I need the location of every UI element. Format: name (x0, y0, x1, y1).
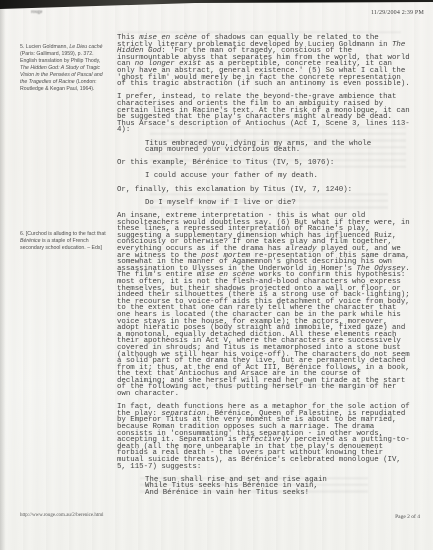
print-header-title: rouge (31, 10, 42, 15)
verse-quote: The sun shall rise and set and rise agai… (117, 477, 419, 497)
print-header-datetime: 11/29/2004 2:39 PM (371, 10, 424, 16)
verse-quote: I could accuse your father of my death. (117, 173, 419, 180)
verse-quote: Do I myself know if I live or die? (117, 200, 419, 207)
paper: rouge 11/29/2004 2:39 PM 5. Lucien Goldm… (0, 0, 433, 550)
paragraph: Or this example, Bérénice to Titus (IV, … (117, 160, 419, 167)
paragraph: In fact, death functions here as a metap… (117, 404, 419, 470)
footer-page-number: Page 2 of 4 (395, 514, 420, 520)
paragraph: Or, finally, this exclamation by Titus (… (117, 187, 419, 194)
scanned-page: rouge 11/29/2004 2:39 PM 5. Lucien Goldm… (0, 0, 433, 550)
footnote-5: 5. Lucien Goldmann, Le Dieu caché (Paris… (20, 44, 120, 93)
paragraph: This mise en scène of shadows can equall… (117, 35, 419, 88)
verse-quote: Titus embraced you, dying in my arms, an… (117, 141, 419, 154)
paragraph: An insane, extreme interpretation - this… (117, 213, 419, 398)
footnote-6: 6. [Curchod is alluding to the fact that… (20, 231, 120, 252)
paragraph: I prefer, instead, to relate the beyond-… (117, 94, 419, 134)
article-body: This mise en scène of shadows can equall… (117, 35, 419, 497)
footer-url: http://www.rouge.com.au/2/berenice.html (20, 513, 104, 518)
